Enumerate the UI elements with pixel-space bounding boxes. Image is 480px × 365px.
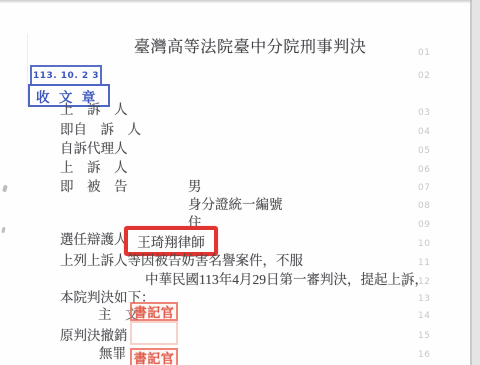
defendant-gender: 男	[188, 180, 202, 194]
party-label-defendant: 即 被 告	[60, 180, 128, 194]
case-description-line-2: 中華民國113年4月29日第一審判決，提起上訴，	[145, 273, 428, 287]
defendant-id-label: 身分證統一編號	[188, 198, 283, 212]
party-label-appellant-1: 上 訴 人	[60, 103, 128, 117]
line-number: 10	[418, 239, 430, 249]
party-label-prosecution-agent: 自訴代理人	[60, 142, 128, 156]
party-label-appellant-2: 上 訴 人	[60, 161, 128, 175]
scan-right-edge-line	[470, 0, 472, 365]
line-number: 06	[418, 165, 430, 175]
case-description-line-1: 上列上訴人等因被告妨害名譽案件，不服	[60, 254, 303, 268]
line-number: 13	[418, 294, 430, 304]
line-number: 11	[418, 258, 430, 268]
counsel-highlight-box: 王琦翔律師	[124, 226, 218, 256]
line-number: 01	[418, 48, 430, 58]
party-label-self-prosecutor: 即自 訴 人	[60, 123, 141, 137]
line-number: 14	[418, 311, 430, 321]
ruling-line-1: 原判決撤銷	[60, 329, 128, 343]
ruling-line-2: 無罪	[99, 347, 126, 361]
clerk-stamp-lower: 書記官	[130, 348, 178, 365]
line-number: 12	[418, 277, 430, 287]
line-number: 16	[418, 350, 430, 360]
line-number: 04	[418, 127, 430, 137]
line-number: 02	[418, 71, 430, 81]
scan-right-band	[472, 0, 480, 365]
clerk-stamp-upper: 書記官	[130, 302, 178, 321]
line-number: 15	[418, 331, 430, 341]
line-number: 07	[418, 183, 430, 193]
line-number: 08	[418, 201, 430, 211]
party-label-defense-counsel: 選任辯護人	[60, 233, 128, 247]
scan-noise-mark	[1, 227, 5, 233]
clerk-stamp-empty-box	[130, 321, 178, 345]
document-title: 臺灣高等法院臺中分院刑事判決	[134, 40, 366, 56]
counsel-name: 王琦翔律師	[137, 231, 205, 251]
line-number: 09	[418, 220, 430, 230]
line-number: 05	[418, 146, 430, 156]
line-number: 03	[418, 108, 430, 118]
scanned-judgment-page: 臺灣高等法院臺中分院刑事判決 113. 10. 2 3 收 文 章 上 訴 人 …	[0, 0, 480, 365]
scan-noise-mark	[2, 185, 8, 193]
receipt-stamp-date: 113. 10. 2 3	[30, 65, 102, 84]
scan-top-edge	[0, 0, 480, 3]
